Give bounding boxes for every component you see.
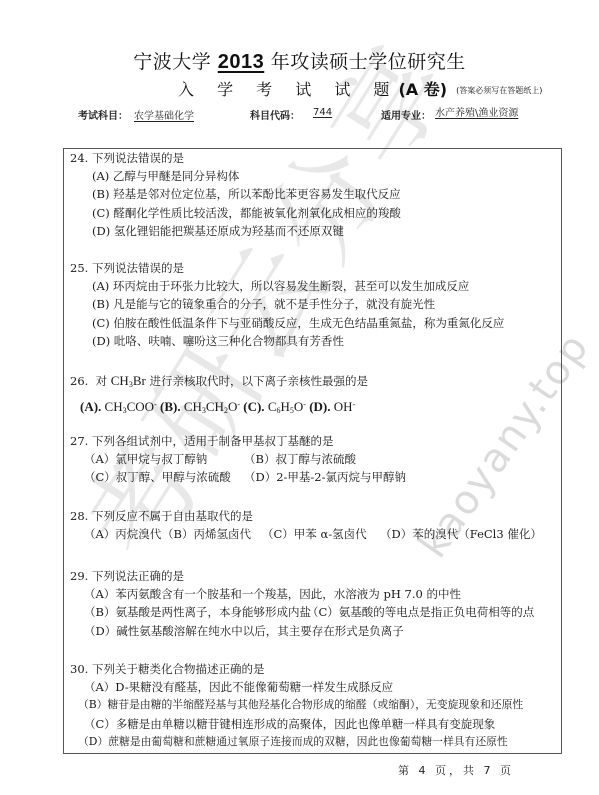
major-value: 水产养殖\渔业资源	[435, 104, 518, 119]
option-a-formula: CH3COO-	[105, 396, 157, 420]
options-row: (A). CH3COO- (B). CH3CH2O- (C). C6H5O- (…	[70, 396, 368, 420]
option-b: （B）氨基酸是两性离子，本身能够形成内盐	[84, 603, 307, 621]
option-c: （C）甲苯 α-氢卤代	[262, 525, 380, 543]
title-suffix: 年攻读硕士学位研究生	[271, 51, 466, 73]
question-stem: 28. 下列反应不属于自由基取代的是	[70, 507, 542, 525]
options-row-1: （A）氯甲烷与叔丁醇钠（B）叔丁醇与浓硫酸	[70, 450, 406, 468]
options-row: （A）丙烷溴代（B）丙烯氢卤代（C）甲苯 α-氢卤代（D）苯的溴代（FeCl3 …	[70, 525, 542, 543]
option-a: （A）苯丙氨酸含有一个胺基和一个羧基，因此，水溶液为 pH 7.0 的中性	[70, 585, 534, 603]
option-a: （A）丙烷溴代	[84, 525, 162, 543]
question-text: 下列说法错误的是	[92, 151, 184, 165]
paper-version: (A 卷)	[398, 80, 447, 99]
exam-title: 宁波大学 2013 年攻读硕士学位研究生	[0, 47, 599, 74]
major-label: 适用专业：	[381, 107, 431, 122]
question-stem: 26. 对 CH3Br 进行亲核取代时，以下离子亲核性最强的是	[70, 372, 368, 394]
option-d: （D）苯的溴代（FeCl3 催化）	[380, 525, 542, 543]
option-c: （C）氨基酸的等电点是指正负电荷相等的点	[307, 603, 534, 621]
option-b-label: (B).	[160, 399, 181, 414]
option-b-formula: CH3CH2O-	[184, 396, 240, 420]
exam-year: 2013	[218, 51, 265, 73]
question-number: 26.	[70, 374, 88, 388]
university-name: 宁波大学	[133, 51, 211, 73]
question-stem: 29. 下列说法正确的是	[70, 567, 534, 585]
options-row-bc: （B）氨基酸是两性离子，本身能够形成内盐（C）氨基酸的等电点是指正负电荷相等的点	[70, 603, 534, 621]
option-b: (B) 羟基是邻对位定位基，所以苯酚比苯更容易发生取代反应	[70, 185, 401, 203]
formula-ch3br: CH3Br	[111, 373, 146, 388]
subject-value: 农学基础化学	[134, 107, 194, 122]
option-c-formula: C6H5O-	[268, 396, 306, 420]
option-b: （B）糖苷是由糖的半缩醛羟基与其他羟基化合物形成的缩醛（或缩酮），无变旋现象和还…	[70, 696, 523, 714]
option-a: (A) 环丙烷由于环张力比较大，所以容易发生断裂，甚至可以发生加成反应	[70, 277, 504, 295]
option-b: （B）丙烯氢卤代	[162, 525, 262, 543]
option-c-label: (C).	[243, 399, 264, 414]
option-d: （D）2-甲基-2-氯丙烷与甲醇钠	[244, 468, 406, 486]
code-value: 744	[313, 107, 332, 118]
question-text: 下列关于糖类化合物描述正确的是	[92, 662, 265, 676]
question-text: 下列反应不属于自由基取代的是	[92, 509, 253, 523]
exam-meta: 考试科目： 农学基础化学 科目代码： 744 适用专业： 水产养殖\渔业资源	[0, 107, 599, 125]
option-d-label: (D).	[309, 399, 330, 414]
question-26: 26. 对 CH3Br 进行亲核取代时，以下离子亲核性最强的是 (A). CH3…	[70, 372, 368, 420]
answer-note: (答案必须写在答题纸上)	[456, 86, 542, 95]
option-d: (D) 吡咯、呋喃、噻吩这三种化合物都具有芳香性	[70, 332, 504, 350]
question-number: 30.	[70, 662, 88, 676]
exam-subtitle: 入 学 考 试 试 题(A 卷) (答案必须写在答题纸上)	[178, 77, 542, 100]
question-number: 27.	[70, 434, 88, 448]
question-29: 29. 下列说法正确的是 （A）苯丙氨酸含有一个胺基和一个羧基，因此，水溶液为 …	[70, 567, 534, 640]
question-stem: 30. 下列关于糖类化合物描述正确的是	[70, 660, 523, 678]
option-c: (C) 醛酮化学性质比较活泼，都能被氧化剂氧化成相应的羧酸	[70, 204, 401, 222]
question-25: 25. 下列说法错误的是 (A) 环丙烷由于环张力比较大，所以容易发生断裂，甚至…	[70, 259, 504, 350]
exam-subtitle-text: 入 学 考 试 试 题	[178, 80, 398, 99]
question-30: 30. 下列关于糖类化合物描述正确的是 （A）D-果糖没有醛基，因此不能像葡萄糖…	[70, 660, 523, 751]
option-d: （D）蔗糖是由葡萄糖和蔗糖通过氧原子连接而成的双糖，因此也像葡萄糖一样具有还原性	[70, 733, 523, 751]
question-28: 28. 下列反应不属于自由基取代的是 （A）丙烷溴代（B）丙烯氢卤代（C）甲苯 …	[70, 507, 542, 543]
question-number: 24.	[70, 151, 88, 165]
question-text-prefix: 对	[96, 374, 111, 388]
option-d: （D）碱性氨基酸溶解在纯水中以后，其主要存在形式是负离子	[70, 622, 534, 640]
option-a: (A) 乙醇与甲醚是同分异构体	[70, 167, 401, 185]
option-a: （A）D-果糖没有醛基，因此不能像葡萄糖一样发生成脎反应	[70, 678, 523, 696]
question-text: 下列说法正确的是	[92, 569, 184, 583]
question-number: 29.	[70, 569, 88, 583]
option-c: （C）多糖是由单糖以糖苷键相连形成的高聚体，因此也像单糖一样具有变旋现象	[70, 715, 523, 733]
option-c: （C）叔丁醇、甲醇与浓硫酸	[84, 468, 244, 486]
question-text: 下列各组试剂中，适用于制备甲基叔丁基醚的是	[92, 434, 334, 448]
option-c: (C) 伯胺在酸性低温条件下与亚硝酸反应，生成无色结晶重氮盐，称为重氮化反应	[70, 314, 504, 332]
question-text: 下列说法错误的是	[92, 261, 184, 275]
question-number: 25.	[70, 261, 88, 275]
question-24: 24. 下列说法错误的是 (A) 乙醇与甲醚是同分异构体 (B) 羟基是邻对位定…	[70, 149, 401, 240]
option-b: （B）叔丁醇与浓硫酸	[244, 450, 356, 468]
option-b: (B) 凡是能与它的镜象重合的分子，就不是手性分子，就没有旋光性	[70, 295, 504, 313]
options-row-2: （C）叔丁醇、甲醇与浓硫酸（D）2-甲基-2-氯丙烷与甲醇钠	[70, 468, 406, 486]
option-d: (D) 氢化锂铝能把羰基还原成为羟基而不还原双键	[70, 222, 401, 240]
question-27: 27. 下列各组试剂中，适用于制备甲基叔丁基醚的是 （A）氯甲烷与叔丁醇钠（B）…	[70, 432, 406, 487]
code-label: 科目代码：	[250, 107, 300, 122]
page-indicator: 第 4 页，共 7 页	[398, 762, 514, 778]
option-a-label: (A).	[80, 399, 101, 414]
subject-label: 考试科目：	[78, 107, 128, 122]
question-stem: 25. 下列说法错误的是	[70, 259, 504, 277]
option-d-formula: OH-	[334, 396, 355, 416]
question-text-suffix: 进行亲核取代时，以下离子亲核性最强的是	[146, 374, 368, 388]
question-number: 28.	[70, 509, 88, 523]
question-stem: 24. 下列说法错误的是	[70, 149, 401, 167]
option-a: （A）氯甲烷与叔丁醇钠	[84, 450, 244, 468]
question-stem: 27. 下列各组试剂中，适用于制备甲基叔丁基醚的是	[70, 432, 406, 450]
